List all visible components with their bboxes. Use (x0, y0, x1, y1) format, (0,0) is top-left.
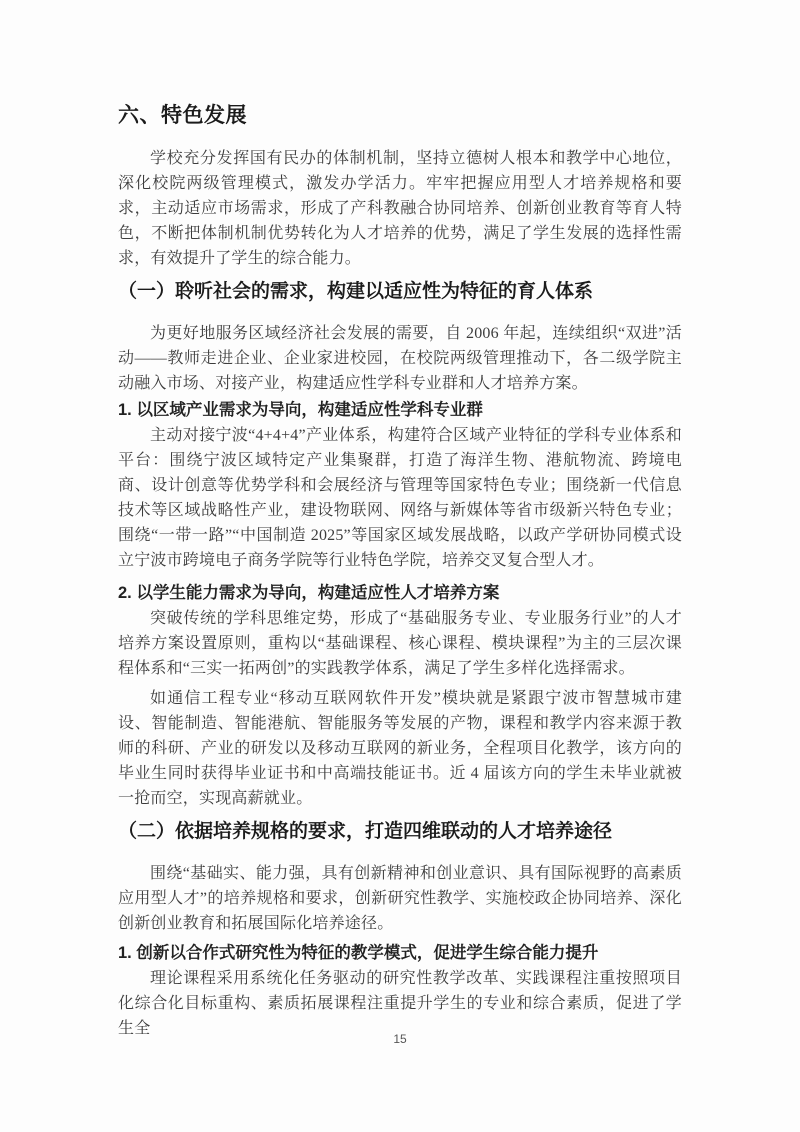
section-1-point-1-heading: 1. 以区域产业需求为导向，构建适应性学科专业群 (118, 398, 682, 423)
section-2-intro-paragraph: 围绕“基础实、能力强，具有创新精神和创业意识、具有国际视野的高素质应用型人才”的… (118, 861, 682, 936)
section-1-point-1-paragraph: 主动对接宁波“4+4+4”产业体系，构建符合区域产业特征的学科专业体系和平台：围… (118, 423, 682, 573)
chapter-intro-paragraph: 学校充分发挥国有民办的体制机制，坚持立德树人根本和教学中心地位，深化校院两级管理… (118, 146, 682, 271)
section-1-intro-paragraph: 为更好地服务区域经济社会发展的需要，自 2006 年起，连续组织“双进”活动——… (118, 321, 682, 396)
section-2-point-1-heading: 1. 创新以合作式研究性为特征的教学模式，促进学生综合能力提升 (118, 941, 682, 966)
document-page: 六、特色发展 学校充分发挥国有民办的体制机制，坚持立德树人根本和教学中心地位，深… (0, 0, 800, 1132)
section-1-point-2-paragraph-1: 突破传统的学科思维定势，形成了“基础服务专业、专业服务行业”的人才培养方案设置原… (118, 606, 682, 681)
section-1-point-2-heading: 2. 以学生能力需求为导向，构建适应性人才培养方案 (118, 581, 682, 606)
section-1-heading: （一）聆听社会的需求，构建以适应性为特征的育人体系 (118, 280, 682, 304)
section-2-heading: （二）依据培养规格的要求，打造四维联动的人才培养途径 (118, 820, 682, 844)
section-1-point-2-paragraph-2: 如通信工程专业“移动互联网软件开发”模块就是紧跟宁波市智慧城市建设、智能制造、智… (118, 686, 682, 811)
chapter-heading: 六、特色发展 (118, 103, 682, 129)
section-2-point-1-paragraph: 理论课程采用系统化任务驱动的研究性教学改革、实践课程注重按照项目化综合化目标重构… (118, 966, 682, 1041)
page-number: 15 (0, 1032, 800, 1046)
